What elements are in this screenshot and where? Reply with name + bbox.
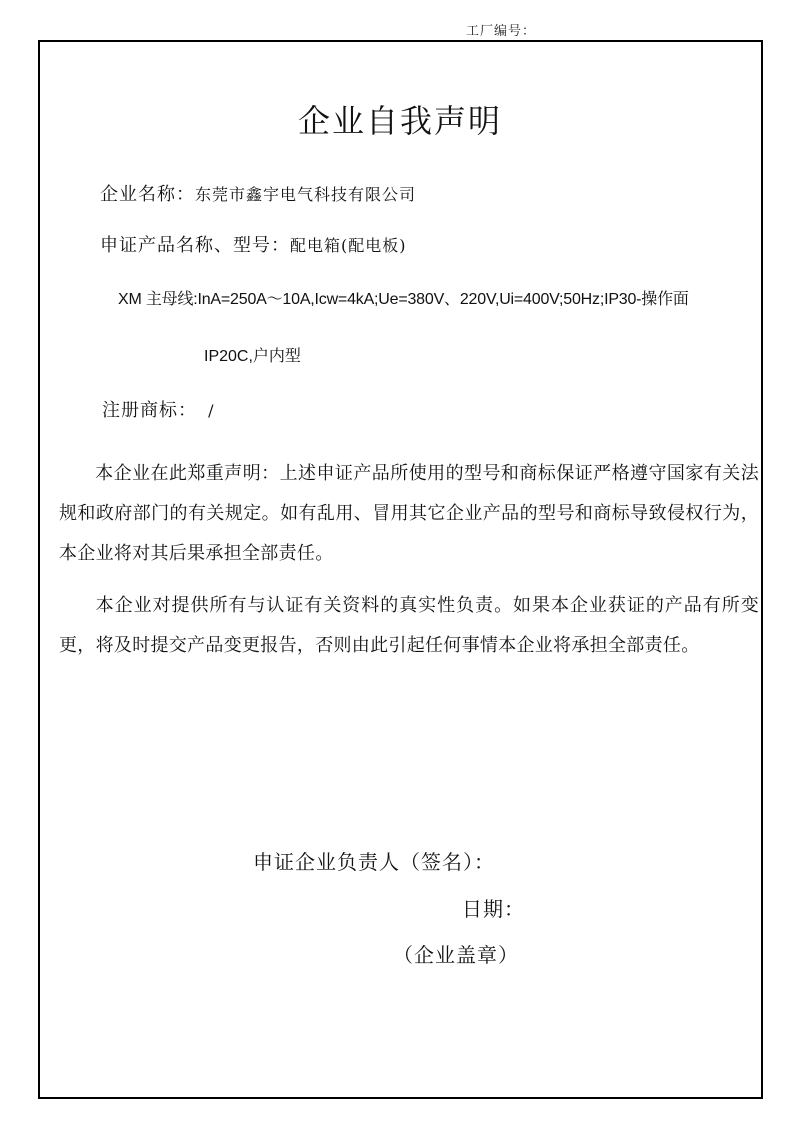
product-spec-line-1: XM 主母线:InA=250A～10A,Icw=4kA;Ue=380V、220V… bbox=[118, 286, 689, 309]
company-name-label: 企业名称： bbox=[100, 184, 195, 205]
product-name-row: 申证产品名称、型号：配电箱(配电板) bbox=[100, 231, 407, 257]
declaration-paragraph-1: 本企业在此郑重声明：上述申证产品所使用的型号和商标保证严格遵守国家有关法规和政府… bbox=[59, 454, 759, 574]
product-name-label: 申证产品名称、型号： bbox=[100, 235, 290, 256]
trademark-row: 注册商标： / bbox=[102, 396, 214, 422]
trademark-value: / bbox=[208, 401, 214, 420]
declaration-paragraph-1-text: 本企业在此郑重声明：上述申证产品所使用的型号和商标保证严格遵守国家有关法规和政府… bbox=[59, 463, 759, 564]
date-label: 日期： bbox=[462, 893, 525, 922]
company-name-row: 企业名称：东莞市鑫宇电气科技有限公司 bbox=[100, 180, 416, 206]
product-spec-line-2: IP20C,户内型 bbox=[204, 343, 301, 366]
factory-number-label: 工厂编号： bbox=[466, 20, 536, 39]
company-name-value: 东莞市鑫宇电气科技有限公司 bbox=[195, 185, 416, 204]
responsible-signature-label: 申证企业负责人（签名）： bbox=[253, 846, 495, 875]
page-title: 企业自我声明 bbox=[0, 96, 800, 142]
company-seal-label: （企业盖章） bbox=[393, 939, 519, 968]
trademark-label: 注册商标： bbox=[102, 400, 197, 421]
product-name-value: 配电箱(配电板) bbox=[290, 236, 407, 255]
declaration-paragraph-2-text: 本企业对提供所有与认证有关资料的真实性负责。如果本企业获证的产品有所变更，将及时… bbox=[59, 595, 759, 656]
declaration-paragraph-2: 本企业对提供所有与认证有关资料的真实性负责。如果本企业获证的产品有所变更，将及时… bbox=[59, 586, 759, 666]
